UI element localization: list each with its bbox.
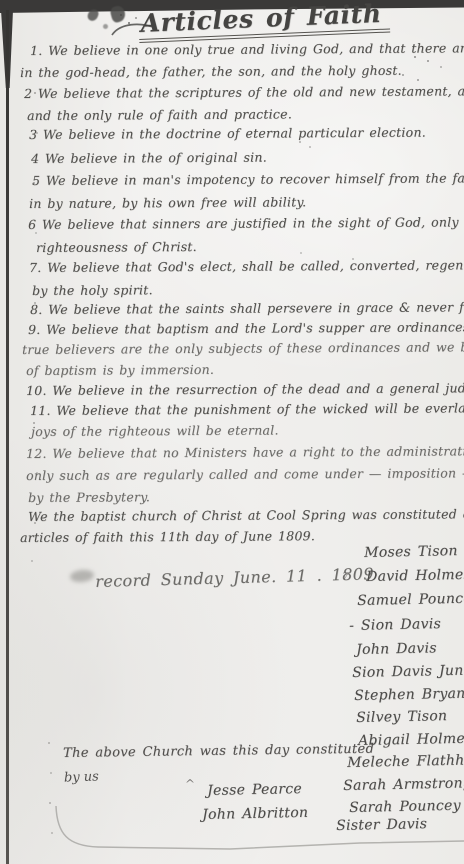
signature-name: Sarah Armstrong	[343, 775, 464, 794]
article-line: and the only rule of faith and practice.	[27, 107, 292, 123]
constituted-line: The above Church was this day constitute…	[63, 742, 374, 761]
article-line: 3 We believe in the doctrine of eternal …	[29, 126, 426, 142]
article-line: of baptism is by immersion.	[26, 363, 214, 378]
officiant-signature: Jesse Pearce	[207, 781, 302, 799]
article-line: by the Presbytery.	[28, 490, 150, 505]
signature-name: David Holmes	[366, 567, 464, 585]
article-line: righteousness of Christ.	[36, 240, 197, 255]
stray-mark: 7	[342, 570, 349, 583]
article-line: by the holy spirit.	[32, 283, 153, 298]
article-line: 2 We believe that the scriptures of the …	[24, 84, 464, 101]
article-line: true believers are the only subjects of …	[22, 340, 464, 357]
article-line: joys of the righteous will be eternal.	[31, 423, 279, 439]
record-date-line: record Sunday June. 11 . 1809	[95, 564, 374, 591]
article-line: 7. We believe that God's elect, shall be…	[29, 258, 464, 275]
article-line: 1. We believe in one only true and livin…	[30, 41, 464, 58]
signature-name: Stephen Bryan	[354, 686, 464, 704]
article-line: in the god-head, the father, the son, an…	[20, 64, 402, 80]
article-line: articles of faith this 11th day of June …	[20, 529, 315, 545]
caret-mark: ^	[185, 777, 195, 791]
ink-blotch	[103, 24, 108, 29]
signature-name: Moses Tison	[364, 543, 458, 561]
article-line: 9. We believe that baptism and the Lord'…	[28, 320, 464, 337]
scan-noise-specks	[0, 0, 2, 2]
signature-name: John Davis	[356, 640, 437, 658]
document-title: Articles of Faith	[138, 0, 390, 43]
signature-name: - Sion Davis	[349, 616, 441, 634]
article-line: 4 We believe in the of original sin.	[31, 151, 267, 166]
officiant-signature: John Albritton	[202, 805, 308, 823]
article-line: 6 We believe that sinners are justified …	[28, 215, 464, 232]
article-line: 10. We believe in the resurrection of th…	[26, 381, 464, 398]
smudge-mark	[69, 569, 94, 583]
page-left-edge-line	[6, 10, 9, 864]
scanned-document-page: Articles of Faith 1. We believe in one o…	[0, 0, 464, 864]
article-line: in by nature, by his own free will abili…	[29, 195, 306, 211]
article-line: 5 We believe in man's impotency to recov…	[32, 171, 464, 188]
article-line: 12. We believe that no Ministers have a …	[26, 444, 464, 461]
article-line: We the baptist church of Christ at Cool …	[28, 507, 464, 524]
by-us-line: by us	[64, 769, 99, 785]
signature-name: Sarah Pouncey	[349, 798, 461, 816]
article-line: only such as are regularly called and co…	[26, 466, 464, 483]
signature-name: Samuel Pouncey	[357, 590, 464, 609]
article-line: 11. We believe that the punishment of th…	[30, 401, 464, 418]
signature-name: Silvey Tison	[356, 708, 447, 726]
signature-name: Sion Davis Jun	[352, 663, 464, 681]
signature-name: Sister Davis	[336, 816, 427, 834]
article-line: 8. We believe that the saints shall pers…	[30, 300, 464, 317]
